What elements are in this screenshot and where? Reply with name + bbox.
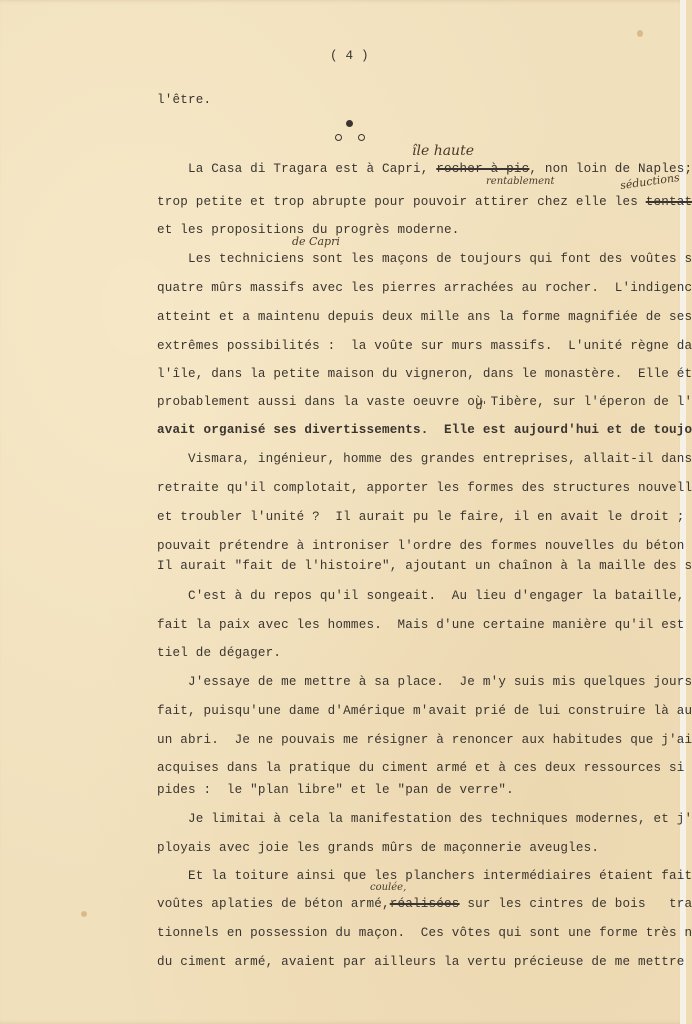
text-line: pides : le "plan libre" et le "pan de ve… [157, 784, 514, 797]
text-line: du ciment armé, avaient par ailleurs la … [157, 956, 692, 969]
text-line: Il aurait "fait de l'histoire", ajoutant… [157, 560, 692, 573]
text-line: tionnels en possession du maçon. Ces vôt… [157, 927, 692, 940]
text-line: La Casa di Tragara est à Capri, rocher à… [157, 163, 692, 176]
text-line: atteint et a maintenu depuis deux mille … [157, 311, 692, 324]
text-line: tiel de dégager. [157, 647, 281, 660]
text-line: pouvait prétendre à introniser l'ordre d… [157, 540, 692, 553]
struck-text: rocher à pic [436, 162, 529, 176]
text-line: Les techniciens sont les maçons de toujo… [157, 253, 692, 266]
ornament-dot-icon [358, 134, 365, 141]
struck-text: réalisées [390, 897, 460, 911]
handwritten-annotation: d' [476, 400, 486, 411]
text-line: voûtes aplaties de béton armé,réalisées … [157, 898, 692, 911]
text-line: fait, puisqu'une dame d'Amérique m'avait… [157, 705, 692, 718]
text-line: J'essaye de me mettre à sa place. Je m'y… [157, 676, 692, 689]
ornament-dot-icon [346, 120, 353, 127]
struck-text: tentations [646, 195, 692, 209]
handwritten-annotation: île haute [412, 144, 474, 158]
text-line: trop petite et trop abrupte pour pouvoir… [157, 196, 692, 209]
handwritten-annotation: rentablement [486, 177, 555, 187]
text-segment: La Casa di Tragara est à Capri, [157, 162, 436, 176]
ornament-dot-icon [335, 134, 342, 141]
document-page: ( 4 ) l'être. île haute La Casa di Traga… [0, 0, 686, 1024]
paper-stain [81, 911, 87, 917]
text-segment: sur les cintres de bois tradi- [460, 897, 692, 911]
paper-stain [637, 30, 643, 37]
handwritten-annotation: de Capri [292, 236, 340, 247]
text-line: avait organisé ses divertissements. Elle… [157, 424, 692, 437]
page-number: ( 4 ) [330, 50, 369, 63]
text-line: ployais avec joie les grands mûrs de maç… [157, 842, 599, 855]
text-line: l'être. [157, 94, 211, 107]
text-line: et troubler l'unité ? Il aurait pu le fa… [157, 511, 692, 524]
text-line: quatre mûrs massifs avec les pierres arr… [157, 282, 692, 295]
text-line: un abri. Je ne pouvais me résigner à ren… [157, 734, 692, 747]
text-segment: trop petite et trop abrupte pour pouvoir… [157, 195, 646, 209]
text-line: acquises dans la pratique du ciment armé… [157, 762, 692, 775]
text-line: fait la paix avec les hommes. Mais d'une… [157, 619, 692, 632]
handwritten-annotation: coulée, [370, 883, 406, 893]
text-line: C'est à du repos qu'il songeait. Au lieu… [157, 590, 692, 603]
text-line: retraite qu'il complotait, apporter les … [157, 482, 692, 495]
text-line: probablement aussi dans la vaste oeuvre … [157, 396, 692, 409]
text-line: Vismara, ingénieur, homme des grandes en… [157, 453, 692, 466]
text-line: l'île, dans la petite maison du vigneron… [157, 368, 692, 381]
text-line: extrêmes possibilités : la voûte sur mur… [157, 340, 692, 353]
text-segment: voûtes aplaties de béton armé, [157, 897, 390, 911]
text-line: Je limitai à cela la manifestation des t… [157, 813, 692, 826]
text-line: Et la toiture ainsi que les planchers in… [157, 870, 692, 883]
section-ornament [330, 118, 370, 144]
